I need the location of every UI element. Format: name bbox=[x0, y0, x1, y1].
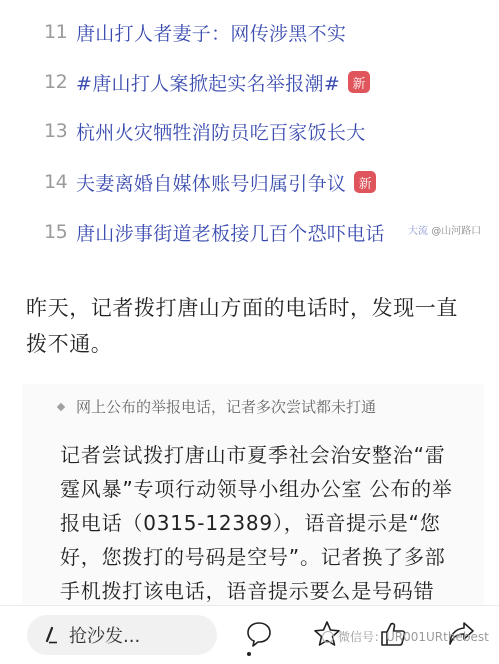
hot-rank: 13 bbox=[44, 120, 76, 142]
comment-placeholder: 抢沙发... bbox=[69, 622, 140, 648]
hot-search-item[interactable]: 11 唐山打人者妻子：网传涉黑不实 bbox=[44, 17, 346, 47]
unread-dot bbox=[247, 652, 251, 656]
hot-title[interactable]: 唐山涉事街道老板接几百个恐吓电话 bbox=[76, 219, 385, 246]
watermark-text: 微信号：UR001URthebest bbox=[338, 628, 489, 645]
hot-title[interactable]: 唐山打人者妻子：网传涉黑不实 bbox=[76, 19, 346, 46]
hot-search-item[interactable]: 15 唐山涉事街道老板接几百个恐吓电话 bbox=[44, 217, 385, 247]
new-badge: 新 bbox=[354, 171, 376, 193]
image-caption: 网上公布的举报电话，记者多次尝试都未打通 bbox=[58, 396, 376, 417]
wechat-logo-icon bbox=[322, 631, 334, 643]
hot-title[interactable]: 夫妻离婚自媒体账号归属引争议 bbox=[76, 169, 346, 196]
hot-rank: 11 bbox=[44, 21, 76, 43]
article-paragraph: 昨天，记者拨打唐山方面的电话时，发现一直拨不通。 bbox=[26, 290, 476, 362]
hot-rank: 14 bbox=[44, 171, 76, 193]
image-watermark: 大流 @山河路口 bbox=[408, 222, 481, 237]
pen-icon bbox=[43, 626, 59, 644]
hot-title[interactable]: #唐山打人案掀起实名举报潮# bbox=[76, 69, 340, 96]
new-badge: 新 bbox=[348, 71, 370, 93]
caption-text: 网上公布的举报电话，记者多次尝试都未打通 bbox=[76, 396, 376, 417]
hot-rank: 15 bbox=[44, 221, 76, 243]
watermark-handle: @山河路口 bbox=[431, 226, 481, 237]
hot-rank: 12 bbox=[44, 71, 76, 93]
comment-input[interactable]: 抢沙发... bbox=[27, 615, 217, 655]
hot-search-item[interactable]: 12 #唐山打人案掀起实名举报潮# 新 bbox=[44, 67, 370, 97]
hot-search-item[interactable]: 14 夫妻离婚自媒体账号归属引争议 新 bbox=[44, 167, 376, 197]
hot-title[interactable]: 杭州火灾牺牲消防员吃百家饭长大 bbox=[76, 118, 366, 145]
wechat-watermark: 微信号：UR001URthebest bbox=[322, 628, 489, 645]
hot-search-item[interactable]: 13 杭州火灾牺牲消防员吃百家饭长大 bbox=[44, 116, 366, 146]
hot-search-list: 11 唐山打人者妻子：网传涉黑不实 12 #唐山打人案掀起实名举报潮# 新 13… bbox=[0, 0, 499, 260]
bottom-action-bar: 抢沙发... 微信号：UR001URthebest bbox=[0, 605, 499, 664]
diamond-bullet-icon bbox=[57, 402, 65, 410]
watermark-prefix: 大流 bbox=[408, 226, 428, 237]
comment-icon[interactable] bbox=[244, 619, 274, 649]
